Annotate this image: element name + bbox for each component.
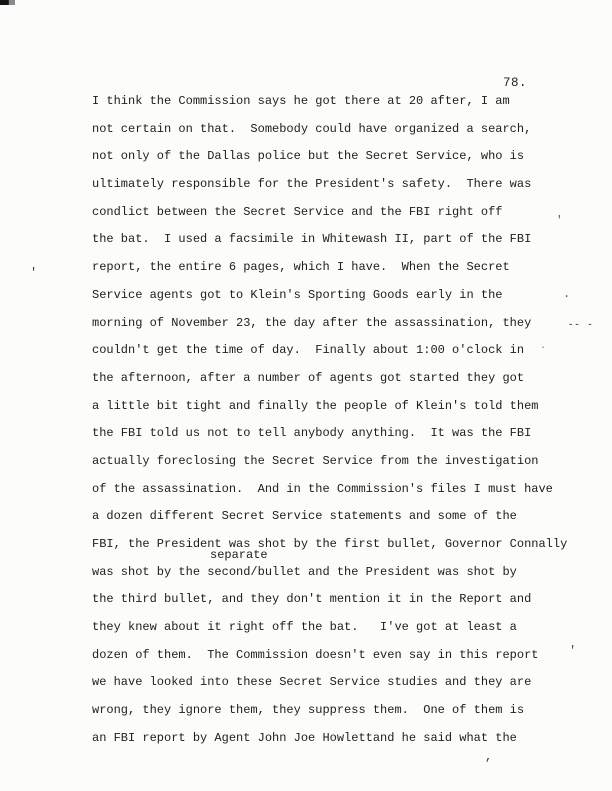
text-line: wrong, they ignore them, they suppress t…	[92, 697, 567, 725]
scan-speck: ·	[540, 344, 546, 354]
text-line: the bat. I used a facsimile in Whitewash…	[92, 226, 567, 254]
scan-speck: .	[563, 289, 570, 299]
text-line: a dozen different Secret Service stateme…	[92, 503, 567, 531]
document-page: 78. I think the Commission says he got t…	[0, 0, 612, 791]
scan-speck: '	[569, 646, 576, 656]
text-line: not only of the Dallas police but the Se…	[92, 143, 567, 171]
scan-speck: ,	[485, 752, 492, 762]
text-line: the afternoon, after a number of agents …	[92, 365, 567, 393]
text-line: couldn't get the time of day. Finally ab…	[92, 337, 567, 365]
text-line: morning of November 23, the day after th…	[92, 310, 567, 338]
text-line: I think the Commission says he got there…	[92, 88, 567, 116]
text-line: dozen of them. The Commission doesn't ev…	[92, 642, 567, 670]
scan-speck: '	[556, 216, 563, 226]
text-line: Service agents got to Klein's Sporting G…	[92, 282, 567, 310]
text-line: an FBI report by Agent John Joe Howletta…	[92, 725, 567, 753]
text-line: a little bit tight and finally the peopl…	[92, 393, 567, 421]
text-line: of the assassination. And in the Commiss…	[92, 476, 567, 504]
text-line: was shot by the second/bullet and the Pr…	[92, 559, 567, 587]
text-line: not certain on that. Somebody could have…	[92, 116, 567, 144]
text-line: condlict between the Secret Service and …	[92, 199, 567, 227]
scan-speck: -- -	[568, 320, 594, 330]
interlinear-insertion: separate	[210, 549, 268, 561]
text-line: the FBI told us not to tell anybody anyt…	[92, 420, 567, 448]
scan-corner-artifact	[0, 0, 15, 5]
text-line: ultimately responsible for the President…	[92, 171, 567, 199]
text-line: the third bullet, and they don't mention…	[92, 586, 567, 614]
scan-speck: '	[30, 268, 37, 278]
text-line: report, the entire 6 pages, which I have…	[92, 254, 567, 282]
typewritten-text: I think the Commission says he got there…	[92, 88, 567, 753]
text-line: they knew about it right off the bat. I'…	[92, 614, 567, 642]
text-line: we have looked into these Secret Service…	[92, 669, 567, 697]
text-line: actually foreclosing the Secret Service …	[92, 448, 567, 476]
text-line: FBI, the President was shot by the first…	[92, 531, 567, 559]
